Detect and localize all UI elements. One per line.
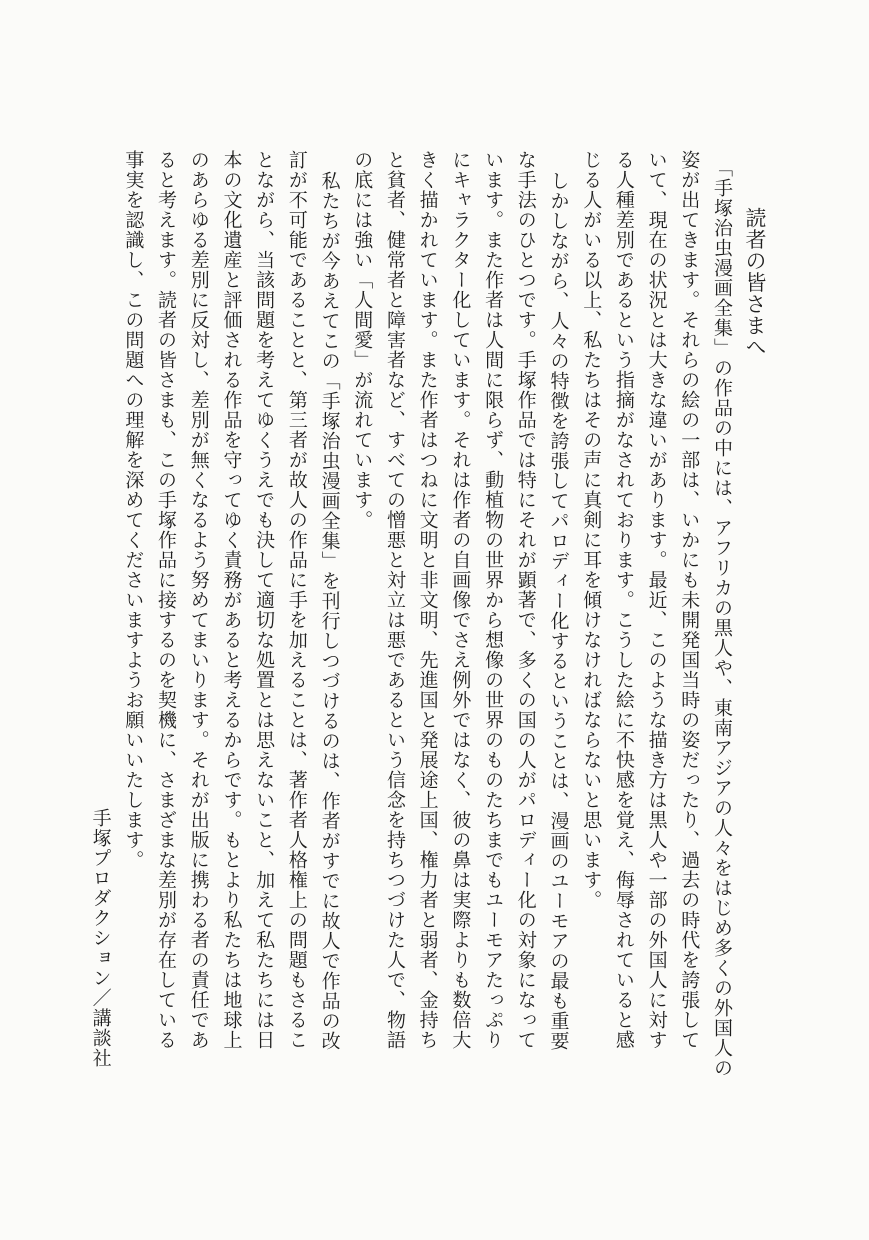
text-column: の底には強い「人間愛」が流れています。 [346,150,379,1068]
text-column: います。また作者は人間に限らず、動植物の世界から想像の世界のものたちまでもユーモ… [476,150,509,1068]
text-column: 訂が不可能であることと、第三者が故人の作品に手を加えることは、著作者人格権上の問… [280,150,313,1068]
document-page: 読者の皆さまへ 「手塚治虫漫画全集」の作品の中には、アフリカの黒人や、東南アジア… [0,0,869,1240]
text-column: ると考えます。読者の皆さまも、この手塚作品に接するのを契機に、さまざまな差別が存… [149,150,182,1068]
text-column: 「手塚治虫漫画全集」の作品の中には、アフリカの黒人や、東南アジアの人々をはじめ多… [705,150,738,1068]
text-column: 姿が出てきます。それらの絵の一部は、いかにも未開発国当時の姿だったり、過去の時代… [673,150,706,1068]
text-column: と貧者、健常者と障害者など、すべての憎悪と対立は悪であるという信念を持ちつづけた… [378,150,411,1068]
text-column: 私たちが今あえてこの「手塚治虫漫画全集」を刊行しつづけるのは、作者がすでに故人で… [313,150,346,1068]
text-column: 事実を認識し、この問題への理解を深めてくださいますようお願いいたします。 [117,150,150,1068]
text-column: しかしながら、人々の特徴を誇張してパロディー化するということは、漫画のユーモアの… [542,150,575,1068]
text-column: じる人がいる以上、私たちはその声に真剣に耳を傾けなければならないと思います。 [574,150,607,1068]
text-column: にキャラクター化しています。それは作者の自画像でさえ例外ではなく、彼の鼻は実際よ… [444,150,477,1068]
text-column: な手法のひとつです。手塚作品では特にそれが顕著で、多くの国の人がパロディー化の対… [509,150,542,1068]
text-column: とながら、当該問題を考えてゆくうえでも決して適切な処置とは思えないこと、加えて私… [247,150,280,1068]
vertical-text-block: 読者の皆さまへ 「手塚治虫漫画全集」の作品の中には、アフリカの黒人や、東南アジア… [84,150,772,1068]
text-column: きく描かれています。また作者はつねに文明と非文明、先進国と発展途上国、権力者と弱… [411,150,444,1068]
text-column: る人種差別であるという指摘がなされております。こうした絵に不快感を覚え、侮辱され… [607,150,640,1068]
text-column: 本の文化遺産と評価される作品を守ってゆく責務があると考えるからです。もとより私た… [215,150,248,1068]
page-title: 読者の皆さまへ [738,150,772,1068]
text-column: いて、現在の状況とは大きな違いがあります。最近、このような描き方は黒人や一部の外… [640,150,673,1068]
text-column: のあらゆる差別に反対し、差別が無くなるよう努めてまいります。それが出版に携わる者… [182,150,215,1068]
publisher-signature: 手塚プロダクション／講談社 [84,150,117,1068]
